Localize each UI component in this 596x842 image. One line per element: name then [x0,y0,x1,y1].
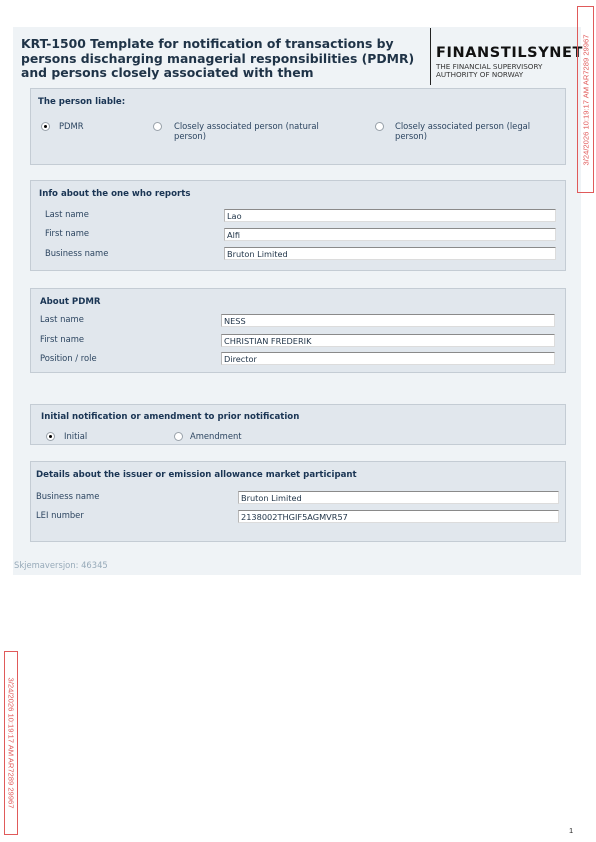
pdmr-first-name-label: First name [40,334,84,344]
page-number: 1 [569,826,573,835]
stamp-text: 3/24/2026 10:19:17 AM AR7289 29967 [7,678,16,809]
radio-initial[interactable] [46,432,55,441]
person-liable-panel: The person liable: PDMR Closely associat… [30,88,566,165]
reporter-first-name-field[interactable]: Alfi [224,228,556,241]
radio-pdmr[interactable] [41,122,50,131]
radio-closely-associated-natural-label: Closely associated person (natural perso… [174,121,319,141]
pdmr-first-name-field[interactable]: CHRISTIAN FREDERIK [221,334,555,347]
pdmr-last-name-field[interactable]: NESS [221,314,555,327]
radio-initial-label: Initial [64,431,87,441]
stamp-text: 3/24/2026 10:19:17 AM AR7289 29967 [581,34,590,165]
radio-closely-associated-natural[interactable] [153,122,162,131]
notification-panel: Initial notification or amendment to pri… [30,404,566,445]
reporter-title: Info about the one who reports [39,189,190,199]
label-line2: person) [174,131,319,141]
pdmr-position-label: Position / role [40,353,97,363]
issuer-business-name-field[interactable]: Bruton Limited [238,491,559,504]
form-version: Skjemaversjon: 46345 [14,560,108,570]
issuer-title: Details about the issuer or emission all… [36,470,357,480]
logo-subtitle-line2: AUTHORITY OF NORWAY [436,71,542,79]
notification-title: Initial notification or amendment to pri… [41,412,299,422]
label-line1: Closely associated person (natural [174,121,319,131]
issuer-lei-label: LEI number [36,510,84,520]
label-line1: Closely associated person (legal [395,121,530,131]
issuer-panel: Details about the issuer or emission all… [30,461,566,542]
timestamp-stamp-bottom-left: 3/24/2026 10:19:17 AM AR7289 29967 [4,651,18,835]
pdmr-title: About PDMR [40,297,101,307]
radio-closely-associated-legal-label: Closely associated person (legal person) [395,121,530,141]
reporter-last-name-label: Last name [45,209,89,219]
pdmr-position-field[interactable]: Director [221,352,555,365]
pdmr-panel: About PDMR Last name NESS First name CHR… [30,288,566,373]
issuer-business-name-label: Business name [36,491,99,501]
radio-amendment[interactable] [174,432,183,441]
pdmr-last-name-label: Last name [40,314,84,324]
reporter-business-name-label: Business name [45,248,108,258]
logo-divider [430,28,431,85]
page-title: KRT-1500 Template for notification of tr… [21,37,421,81]
person-liable-title: The person liable: [38,97,125,107]
logo-name: FINANSTILSYNET [436,45,583,61]
reporter-last-name-field[interactable]: Lao [224,209,556,222]
timestamp-stamp-top-right: 3/24/2026 10:19:17 AM AR7289 29967 [577,6,594,193]
radio-pdmr-label: PDMR [59,121,84,131]
label-line2: person) [395,131,530,141]
reporter-business-name-field[interactable]: Bruton Limited [224,247,556,260]
radio-amendment-label: Amendment [190,431,242,441]
logo-subtitle: THE FINANCIAL SUPERVISORY AUTHORITY OF N… [436,63,542,80]
reporter-first-name-label: First name [45,228,89,238]
radio-closely-associated-legal[interactable] [375,122,384,131]
reporter-panel: Info about the one who reports Last name… [30,180,566,271]
issuer-lei-field[interactable]: 2138002THGIF5AGMVR57 [238,510,559,523]
